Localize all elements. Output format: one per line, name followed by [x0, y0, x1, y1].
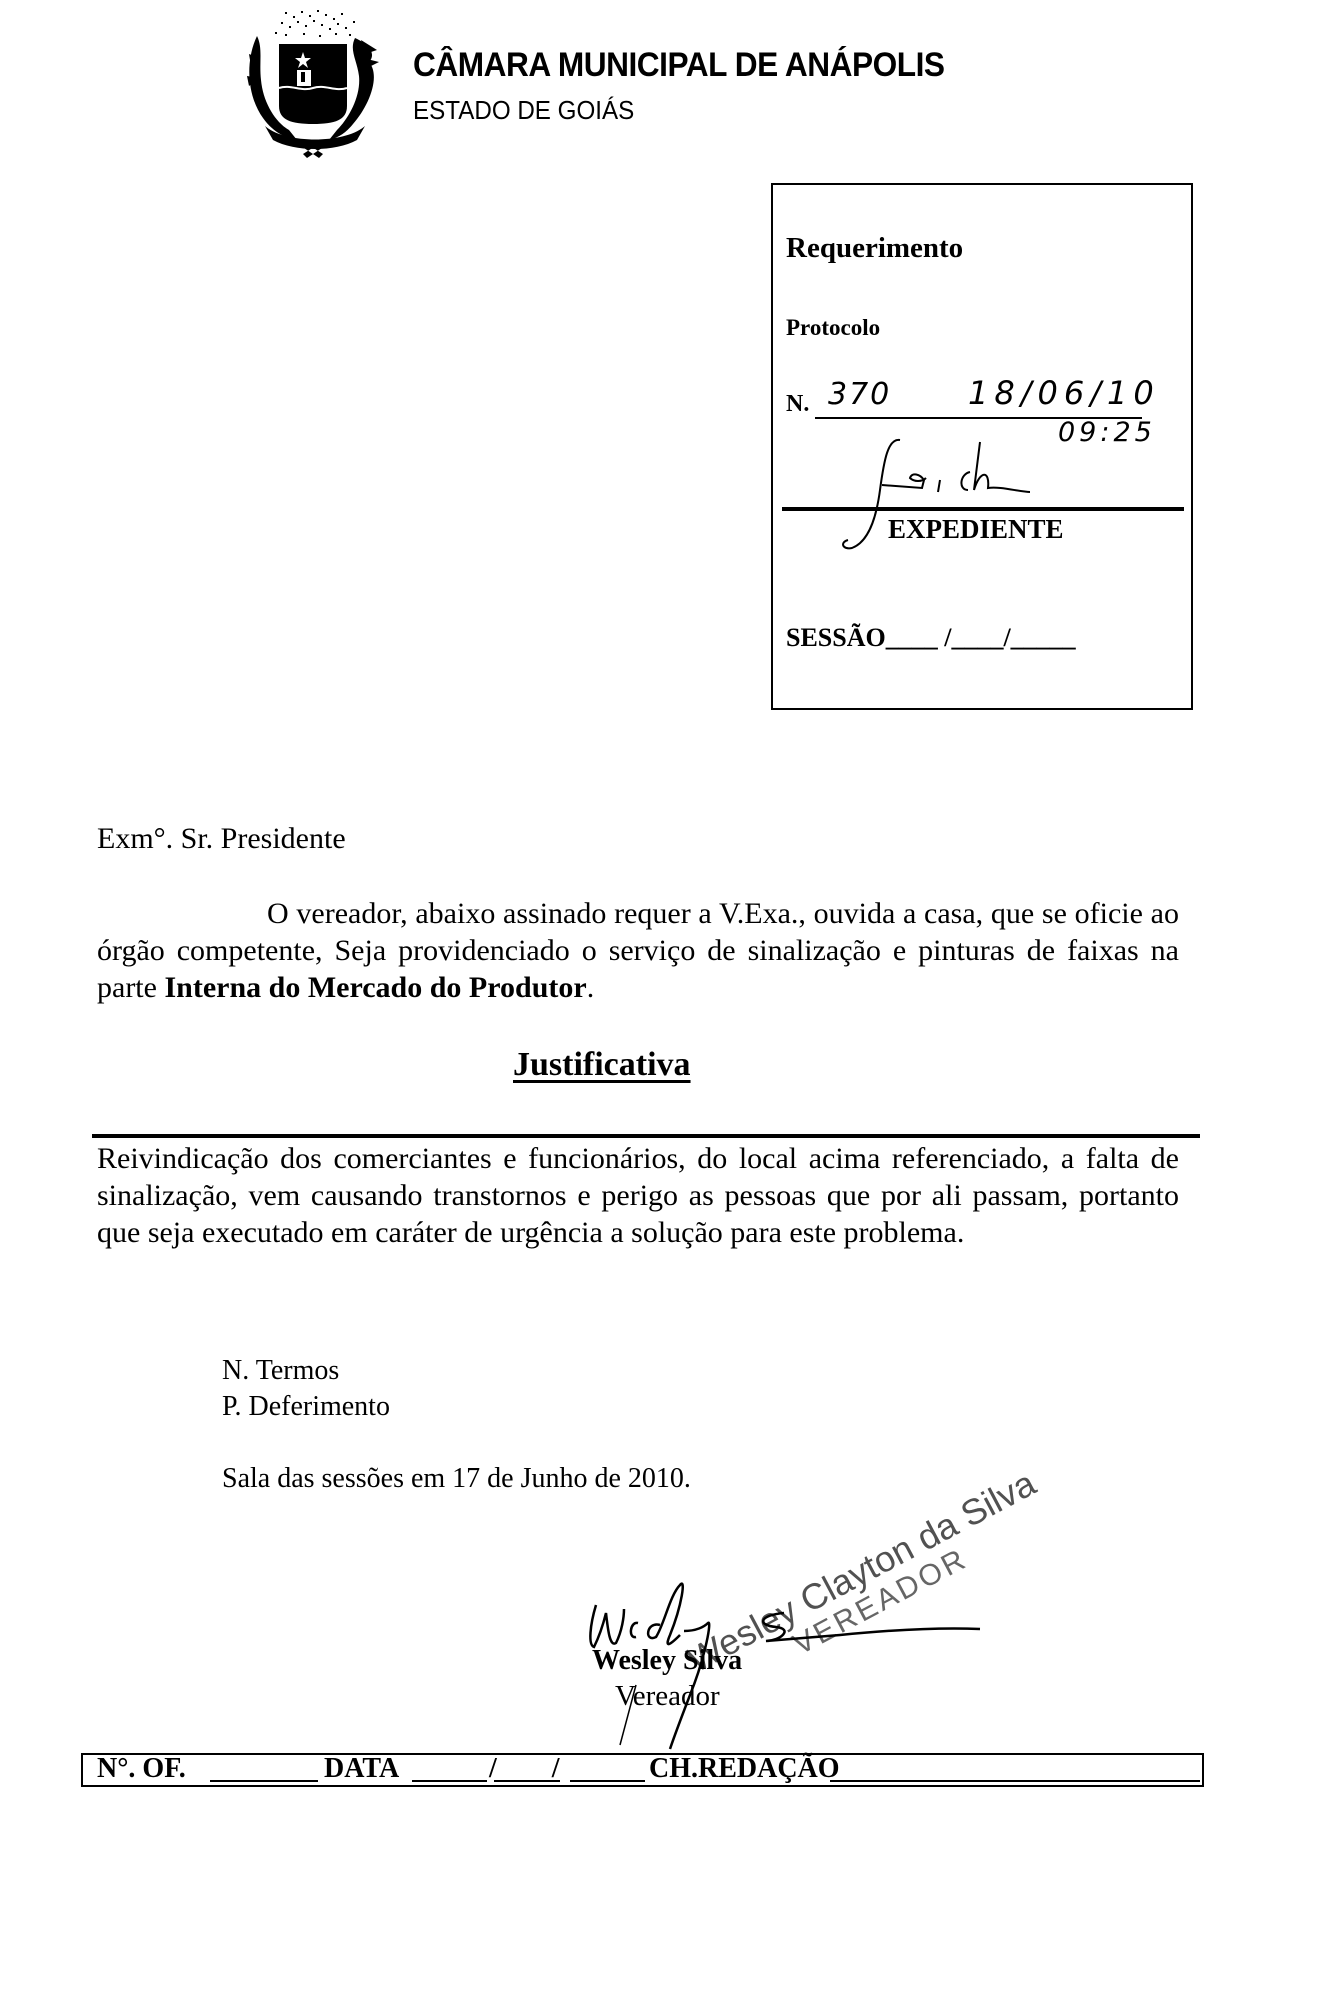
date-label: DATA: [324, 1753, 399, 1785]
expediente-label: EXPEDIENTE: [888, 514, 1064, 545]
justification-title: Justificativa: [513, 1046, 691, 1084]
handwritten-protocol-date: 18/06/10: [968, 374, 1160, 412]
request-location: Interna do Mercado do Produtor: [164, 971, 586, 1004]
justification-rule: [92, 1134, 1200, 1138]
protocol-label: Protocolo: [786, 315, 880, 341]
session-field: SESSÃO____ /____/_____: [786, 623, 1076, 653]
date-separators: / /: [489, 1753, 560, 1785]
redaction-label: CH.REDAÇÃO: [649, 1753, 840, 1785]
session-label: SESSÃO: [786, 623, 886, 652]
coat-of-arms-icon: [245, 6, 385, 158]
redaction-chief-blank: [830, 1780, 1200, 1782]
office-number-label: N°. OF.: [97, 1753, 186, 1785]
office-number-blank: [210, 1780, 318, 1782]
document-type-title: Requerimento: [786, 232, 963, 265]
organization-name: CÂMARA MUNICIPAL DE ANÁPOLIS: [413, 46, 945, 85]
date-day-blank: [412, 1780, 487, 1782]
justification-paragraph: Reivindicação dos comerciantes e funcion…: [97, 1140, 1179, 1251]
signature-scribble-icon: [580, 1565, 1080, 1755]
protocol-number-label: N.: [786, 391, 809, 418]
request-end: .: [587, 971, 595, 1004]
greeting: Exm°. Sr. Presidente: [97, 822, 346, 856]
closing-terms: N. Termos: [222, 1355, 339, 1387]
state-name: ESTADO DE GOIÁS: [413, 95, 634, 126]
date-year-blank: [570, 1780, 645, 1782]
expediente-rule: [782, 507, 1184, 511]
place-and-date: Sala das sessões em 17 de Junho de 2010.: [222, 1463, 691, 1495]
session-date-blanks: ____ /____/_____: [886, 623, 1076, 652]
closing-deferment: P. Deferimento: [222, 1391, 390, 1423]
handwritten-protocol-number: 370: [828, 377, 891, 412]
request-paragraph: O vereador, abaixo assinado requer a V.E…: [97, 895, 1179, 1006]
